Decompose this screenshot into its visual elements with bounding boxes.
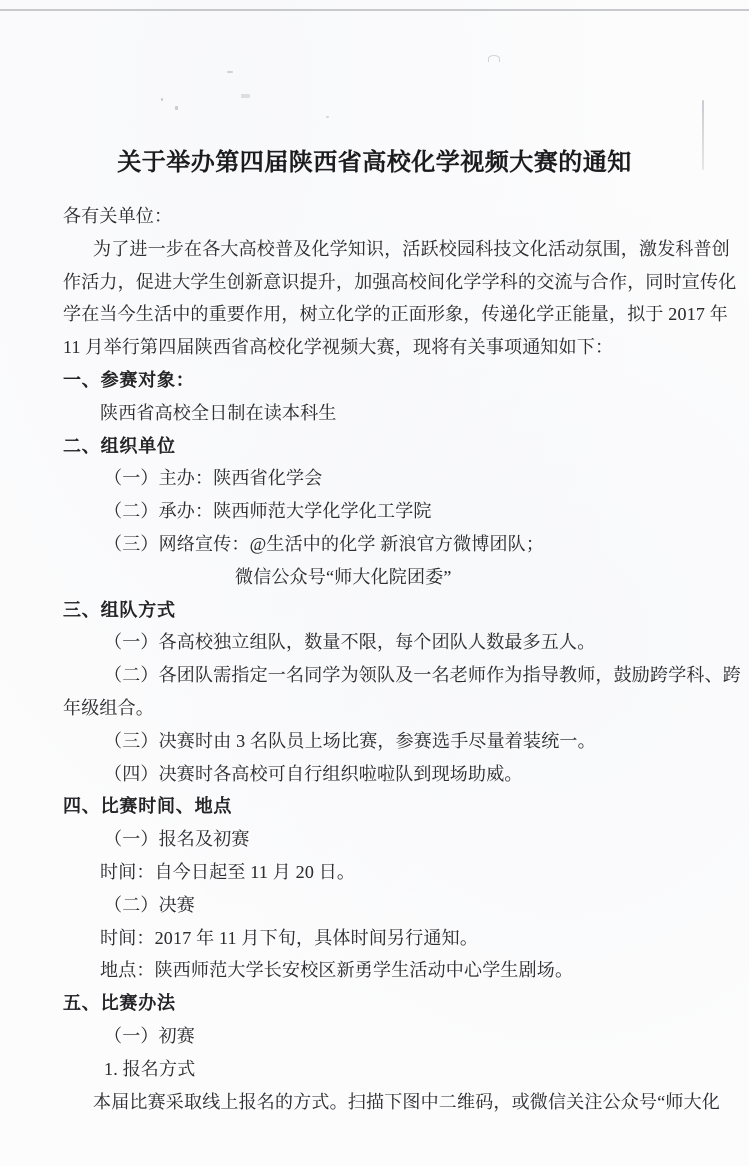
text-line: 11 月举行第四届陕西省高校化学视频大赛，现将有关事项通知如下： — [63, 331, 723, 364]
text-line: （一）报名及初赛 — [63, 823, 723, 856]
text-line: （二）承办：陕西师范大学化学化工学院 — [63, 495, 723, 528]
scanned-notice-page: 关于举办第四届陕西省高校化学视频大赛的通知 各有关单位：为了进一步在各大高校普及… — [0, 0, 749, 1166]
text-line: 地点：陕西师范大学长安校区新勇学生活动中心学生剧场。 — [63, 954, 723, 987]
scan-artifact-smudge — [161, 98, 163, 101]
text-line: 学在当今生活中的重要作用，树立化学的正面形象，传递化学正能量，拟于 2017 年 — [63, 298, 723, 331]
scan-artifact-arc — [488, 55, 500, 62]
scan-artifact-smudge — [175, 106, 178, 110]
document-body: 各有关单位：为了进一步在各大高校普及化学知识，活跃校园科技文化活动氛围，激发科普… — [63, 200, 723, 1118]
scan-artifact-top-line — [0, 9, 749, 11]
text-line: （一）各高校独立组队，数量不限，每个团队人数最多五人。 — [63, 626, 723, 659]
text-line: 时间：自今日起至 11 月 20 日。 — [63, 856, 723, 889]
scan-artifact-smudge — [326, 116, 329, 118]
text-line: 三、组队方式 — [63, 594, 723, 627]
document-title: 关于举办第四届陕西省高校化学视频大赛的通知 — [0, 142, 749, 177]
text-line: （一）主办：陕西省化学会 — [63, 462, 723, 495]
text-line: 陕西省高校全日制在读本科生 — [63, 397, 723, 430]
scan-artifact-smudge — [227, 71, 233, 73]
text-line: （一）初赛 — [63, 1020, 723, 1053]
text-line: 二、组织单位 — [63, 430, 723, 463]
text-line: 五、比赛办法 — [63, 987, 723, 1020]
text-line: （三）决赛时由 3 名队员上场比赛，参赛选手尽量着装统一。 — [63, 725, 723, 758]
text-line: 1. 报名方式 — [63, 1053, 723, 1086]
text-line: 四、比赛时间、地点 — [63, 790, 723, 823]
text-line: 为了进一步在各大高校普及化学知识，活跃校园科技文化活动氛围，激发科普创 — [63, 233, 723, 266]
text-line: 本届比赛采取线上报名的方式。扫描下图中二维码，或微信关注公众号“师大化 — [63, 1086, 723, 1119]
text-line: （三）网络宣传：@生活中的化学 新浪官方微博团队； — [63, 528, 723, 561]
scan-artifact-smudge — [241, 94, 250, 98]
text-line: 时间：2017 年 11 月下旬，具体时间另行通知。 — [63, 922, 723, 955]
text-line: 一、参赛对象： — [63, 364, 723, 397]
text-line: 作活力，促进大学生创新意识提升，加强高校间化学学科的交流与合作，同时宣传化 — [63, 266, 723, 299]
text-line: 年级组合。 — [63, 692, 723, 725]
text-line: （二）各团队需指定一名同学为领队及一名老师作为指导教师，鼓励跨学科、跨 — [63, 659, 723, 692]
text-line: （四）决赛时各高校可自行组织啦啦队到现场助威。 — [63, 758, 723, 791]
text-line: （二）决赛 — [63, 889, 723, 922]
text-line: 各有关单位： — [63, 200, 723, 233]
text-line: 微信公众号“师大化院团委” — [63, 561, 723, 594]
